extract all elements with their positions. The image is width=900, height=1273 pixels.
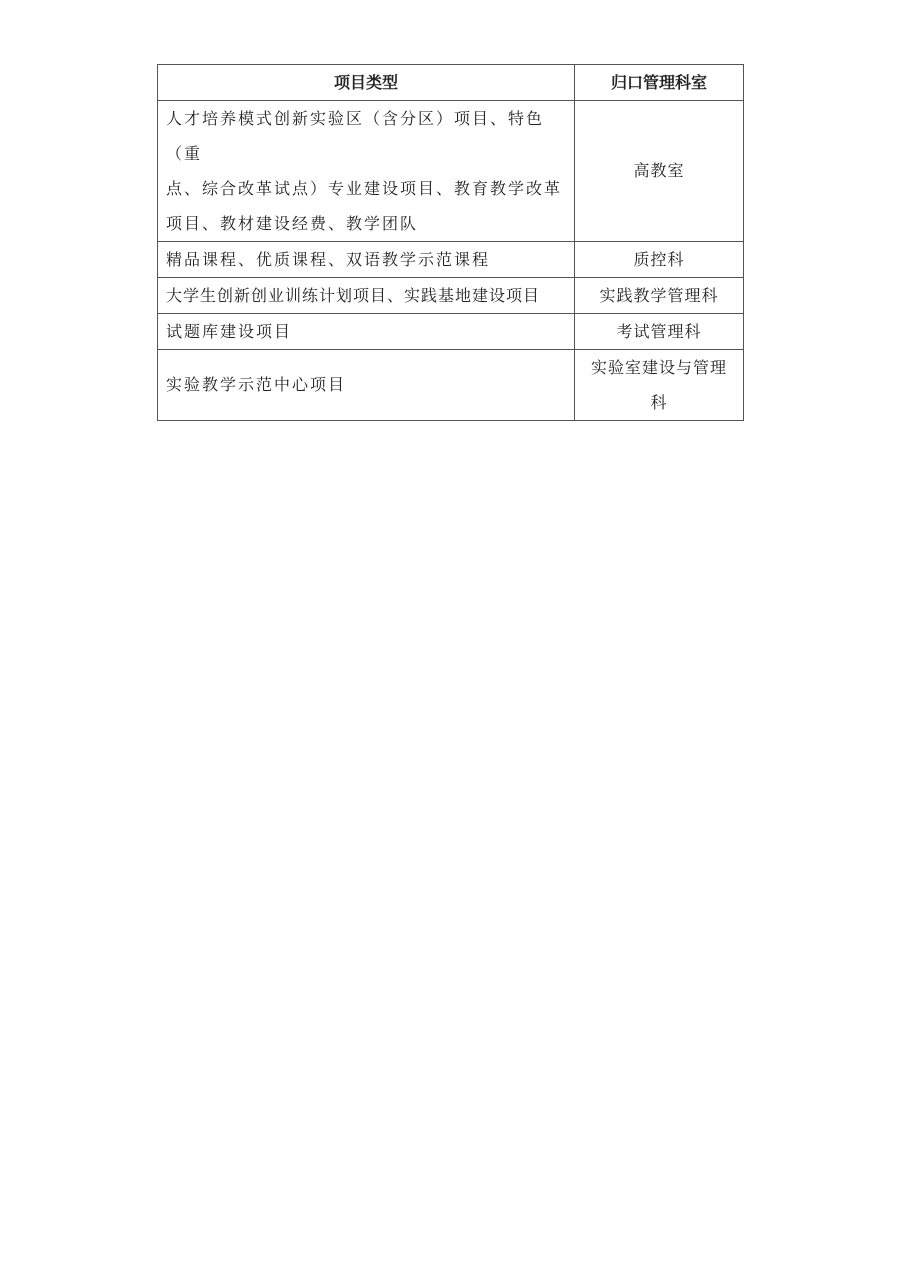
project-type-cell: 试题库建设项目 [158, 314, 575, 350]
table-row: 试题库建设项目 考试管理科 [158, 314, 744, 350]
text-line: 项目、教材建设经费、教学团队 [166, 206, 566, 241]
text-line: 实验室建设与管理 [583, 350, 735, 385]
text-line: 科 [583, 385, 735, 420]
department-cell: 实验室建设与管理 科 [575, 350, 744, 421]
project-type-cell: 人才培养模式创新实验区（含分区）项目、特色（重 点、综合改革试点）专业建设项目、… [158, 101, 575, 242]
table-row: 实验教学示范中心项目 实验室建设与管理 科 [158, 350, 744, 421]
department-cell: 高教室 [575, 101, 744, 242]
table-row: 人才培养模式创新实验区（含分区）项目、特色（重 点、综合改革试点）专业建设项目、… [158, 101, 744, 242]
project-type-cell: 大学生创新创业训练计划项目、实践基地建设项目 [158, 278, 575, 314]
department-cell: 考试管理科 [575, 314, 744, 350]
project-type-cell: 精品课程、优质课程、双语教学示范课程 [158, 242, 575, 278]
table-row: 大学生创新创业训练计划项目、实践基地建设项目 实践教学管理科 [158, 278, 744, 314]
project-type-cell: 实验教学示范中心项目 [158, 350, 575, 421]
table-row: 精品课程、优质课程、双语教学示范课程 质控科 [158, 242, 744, 278]
header-department: 归口管理科室 [575, 65, 744, 101]
department-cell: 实践教学管理科 [575, 278, 744, 314]
department-cell: 质控科 [575, 242, 744, 278]
text-line: 点、综合改革试点）专业建设项目、教育教学改革 [166, 171, 566, 206]
header-row: 项目类型 归口管理科室 [158, 65, 744, 101]
project-management-table: 项目类型 归口管理科室 人才培养模式创新实验区（含分区）项目、特色（重 点、综合… [157, 64, 744, 421]
text-line: 人才培养模式创新实验区（含分区）项目、特色（重 [166, 101, 566, 171]
header-project-type: 项目类型 [158, 65, 575, 101]
